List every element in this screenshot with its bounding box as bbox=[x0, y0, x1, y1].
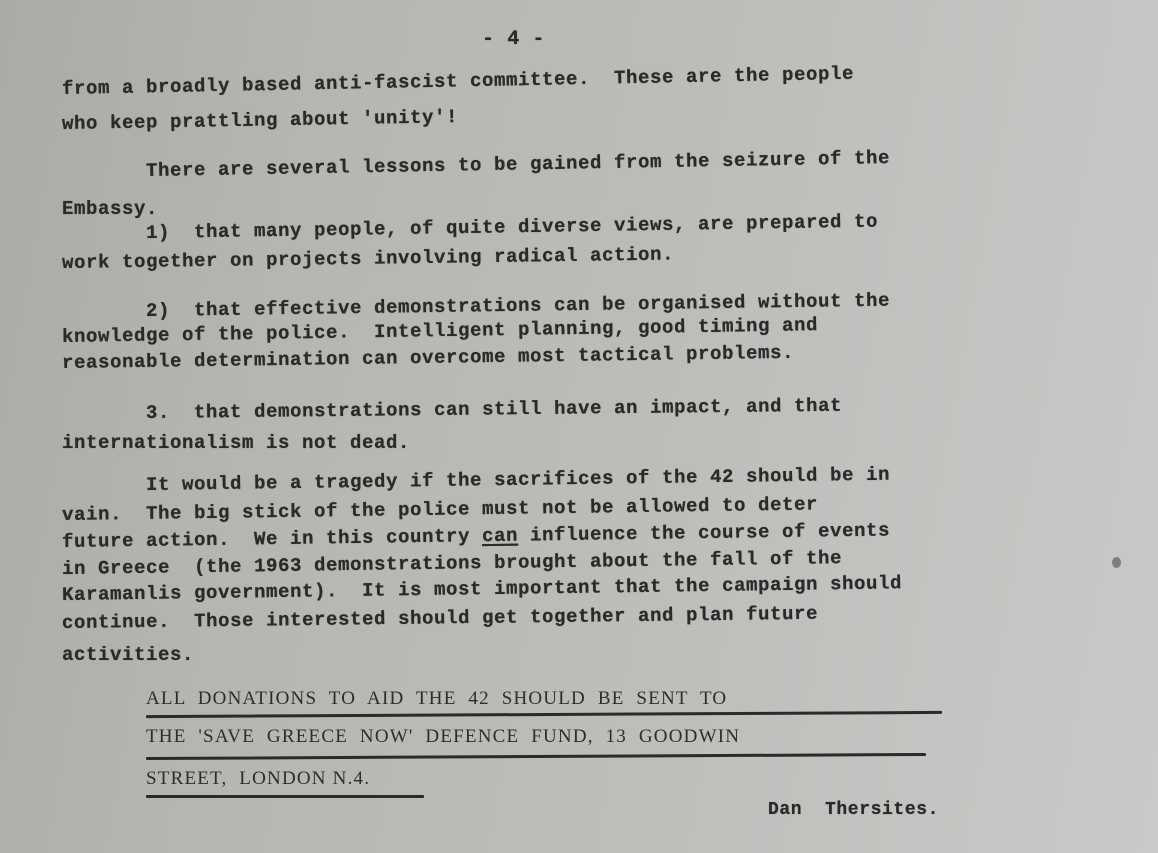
point-1-line-1: 1) that many people, of quite diverse vi… bbox=[146, 211, 878, 244]
donation-notice-line-2: THE 'SAVE GREECE NOW' DEFENCE FUND, 13 G… bbox=[146, 726, 740, 748]
paragraph-1-line-2: who keep prattling about 'unity'! bbox=[62, 106, 458, 135]
emphasis-can: can bbox=[482, 525, 518, 548]
paragraph-2-line-2: Embassy. bbox=[62, 198, 158, 220]
paragraph-1-line-1: from a broadly based anti-fascist commit… bbox=[62, 63, 854, 100]
point-3-line-2: internationalism is not dead. bbox=[62, 432, 410, 454]
paragraph-3-line-7: activities. bbox=[62, 644, 194, 666]
page-number: - 4 - bbox=[482, 28, 545, 51]
document-page: - 4 - from a broadly based anti-fascist … bbox=[0, 0, 1158, 853]
paragraph-3-line-3-end: influence the course of events bbox=[518, 519, 890, 546]
signature: Dan Thersites. bbox=[768, 800, 939, 820]
paragraph-3-line-6: continue. Those interested should get to… bbox=[62, 603, 818, 634]
point-2-line-3: reasonable determination can overcome mo… bbox=[62, 342, 794, 374]
donation-notice-line-1: ALL DONATIONS TO AID THE 42 SHOULD BE SE… bbox=[146, 688, 727, 710]
paragraph-2-line-1: There are several lessons to be gained f… bbox=[146, 147, 890, 182]
ink-speck bbox=[1112, 557, 1121, 568]
underline-rule bbox=[146, 795, 424, 798]
underline-rule bbox=[146, 753, 926, 760]
paragraph-3-line-3-start: future action. We in this country bbox=[62, 525, 482, 553]
underline-rule bbox=[146, 711, 942, 718]
donation-notice-line-3: STREET, LONDON N.4. bbox=[146, 768, 370, 790]
point-3-line-1: 3. that demonstrations can still have an… bbox=[146, 395, 842, 424]
paragraph-3-line-1: It would be a tragedy if the sacrifices … bbox=[146, 464, 890, 496]
point-1-line-2: work together on projects involving radi… bbox=[62, 243, 674, 274]
